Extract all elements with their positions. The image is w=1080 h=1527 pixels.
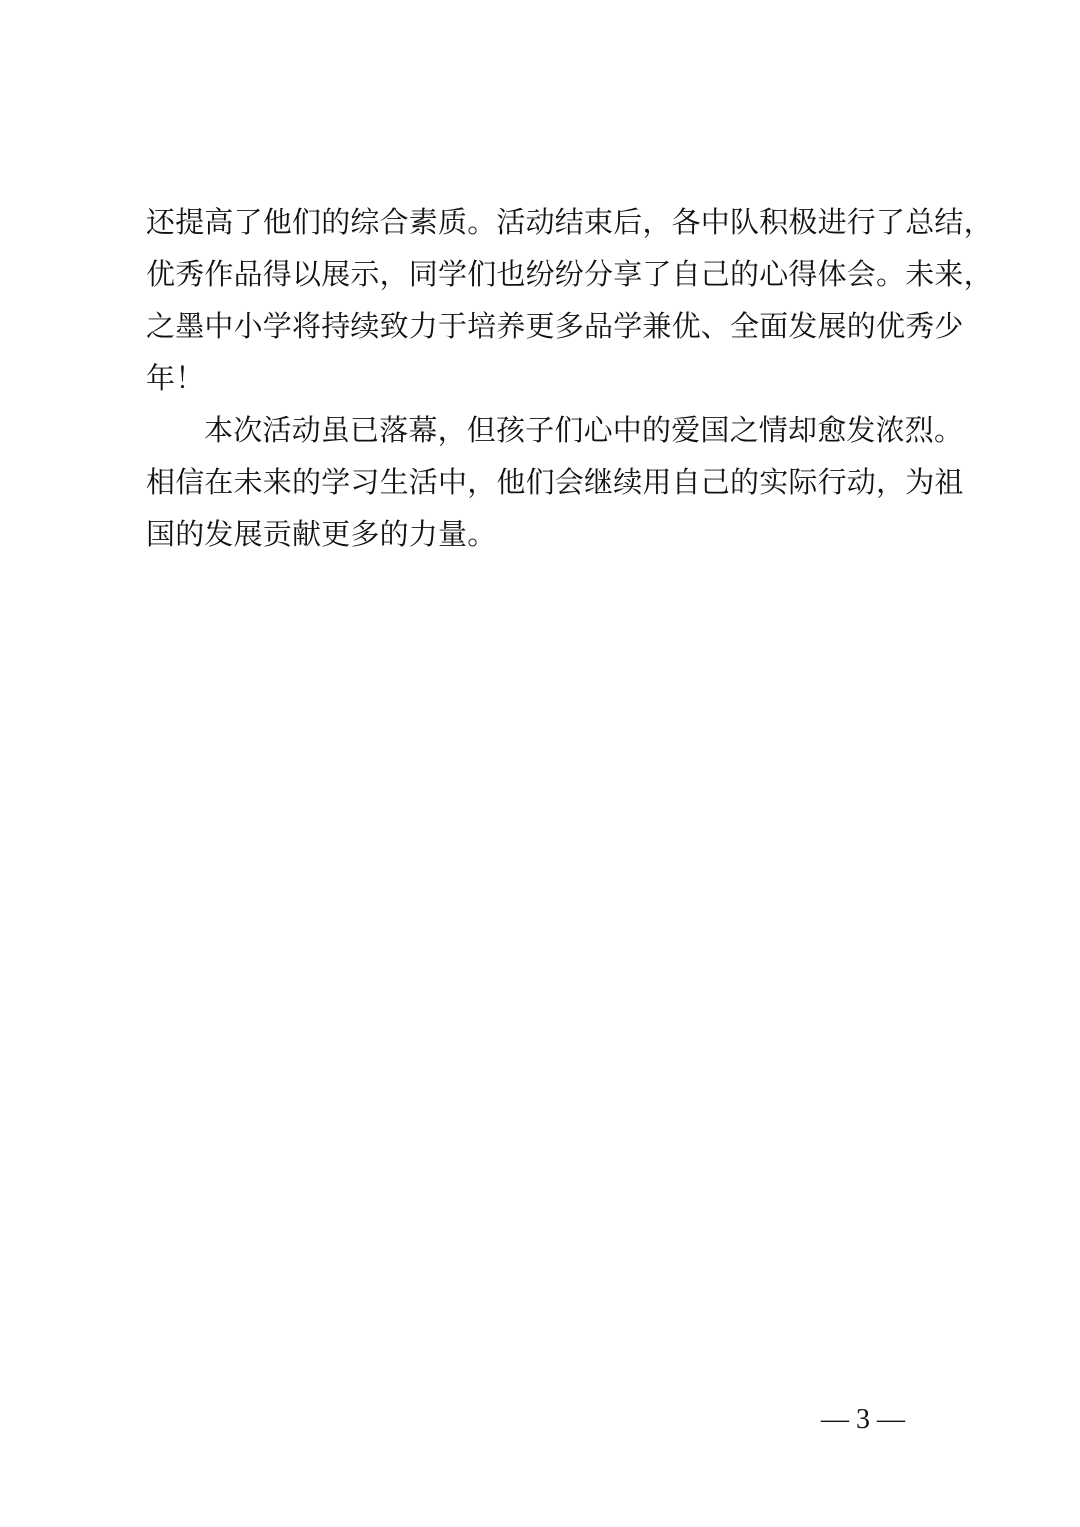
document-page: 还提高了他们的综合素质。活动结束后，各中队积极进行了总结， 优秀作品得以展示，同… [0,0,1080,1527]
text-line: 本次活动虽已落幕，但孩子们心中的爱国之情却愈发浓烈。 [146,410,946,450]
page-number: — 3 — [818,1402,908,1438]
text-line: 相信在未来的学习生活中，他们会继续用自己的实际行动，为祖 [146,462,946,502]
text-line: 之墨中小学将持续致力于培养更多品学兼优、全面发展的优秀少 [146,306,946,346]
text-line: 还提高了他们的综合素质。活动结束后，各中队积极进行了总结， [146,202,946,242]
text-line: 国的发展贡献更多的力量。 [146,514,946,554]
text-line: 年！ [146,358,946,398]
text-line: 优秀作品得以展示，同学们也纷纷分享了自己的心得体会。未来， [146,254,946,294]
